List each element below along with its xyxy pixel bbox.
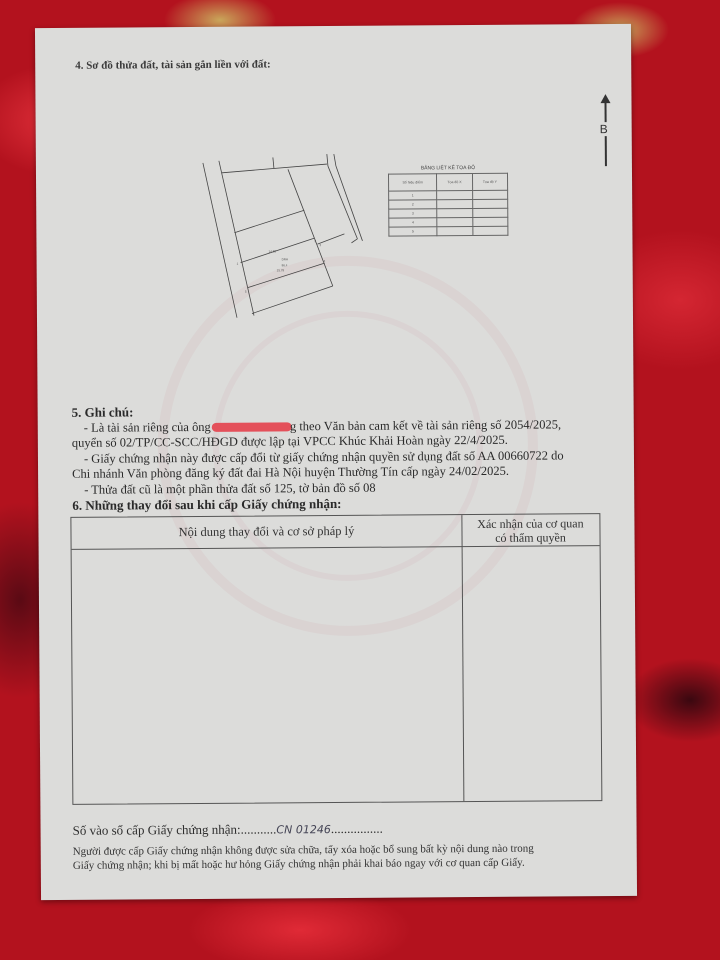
note-line: - Thửa đất cũ là một phần thửa đất số 12…	[72, 478, 632, 497]
coord-header: Tọa độ X	[437, 174, 473, 191]
redaction-mark	[212, 422, 292, 432]
section6-heading: 6. Những thay đổi sau khi cấp Giấy chứng…	[72, 496, 341, 514]
coordinate-table-title: BẢNG LIỆT KÊ TỌA ĐỘ	[388, 165, 508, 172]
svg-text:5: 5	[245, 290, 247, 294]
coordinate-table: BẢNG LIỆT KÊ TỌA ĐỘ Số hiệu điểm Tọa độ …	[388, 165, 508, 237]
coord-header: Số hiệu điểm	[388, 174, 436, 191]
registration-value: CN 01246	[276, 823, 330, 836]
warning-text: Người được cấp Giấy chứng nhận không đượ…	[73, 841, 633, 873]
changes-col-content: Nội dung thay đổi và cơ sở pháp lý	[71, 515, 461, 549]
svg-text:3: 3	[319, 243, 321, 247]
notes-section: 5. Ghi chú: - Là tài sản riêng của ông g…	[72, 401, 633, 498]
svg-text:1: 1	[237, 262, 239, 266]
svg-text:14.85: 14.85	[269, 249, 277, 253]
coord-header: Tọa độ Y	[472, 173, 507, 190]
coord-row: 5	[389, 226, 508, 236]
section4-heading: 4. Sơ đồ thửa đất, tài sản gắn liền với …	[75, 58, 271, 71]
north-arrow-icon: B	[595, 94, 616, 174]
changes-table: Nội dung thay đổi và cơ sở pháp lý Xác n…	[70, 513, 602, 805]
svg-text:DRH: DRH	[282, 257, 289, 261]
svg-text:4: 4	[324, 259, 326, 263]
svg-text:15.78: 15.78	[277, 268, 285, 272]
registration-number: Số vào sổ cấp Giấy chứng nhận:..........…	[73, 821, 383, 839]
changes-col-confirmation: Xác nhận của cơ quancó thẩm quyền	[461, 514, 599, 546]
svg-text:86.4: 86.4	[282, 263, 288, 267]
certificate-page: 4. Sơ đồ thửa đất, tài sản gắn liền với …	[35, 24, 637, 900]
north-label: B	[600, 122, 608, 136]
land-plot-diagram: 14.85 DRH 86.4 15.78 2 3 1 5 4	[196, 152, 397, 333]
